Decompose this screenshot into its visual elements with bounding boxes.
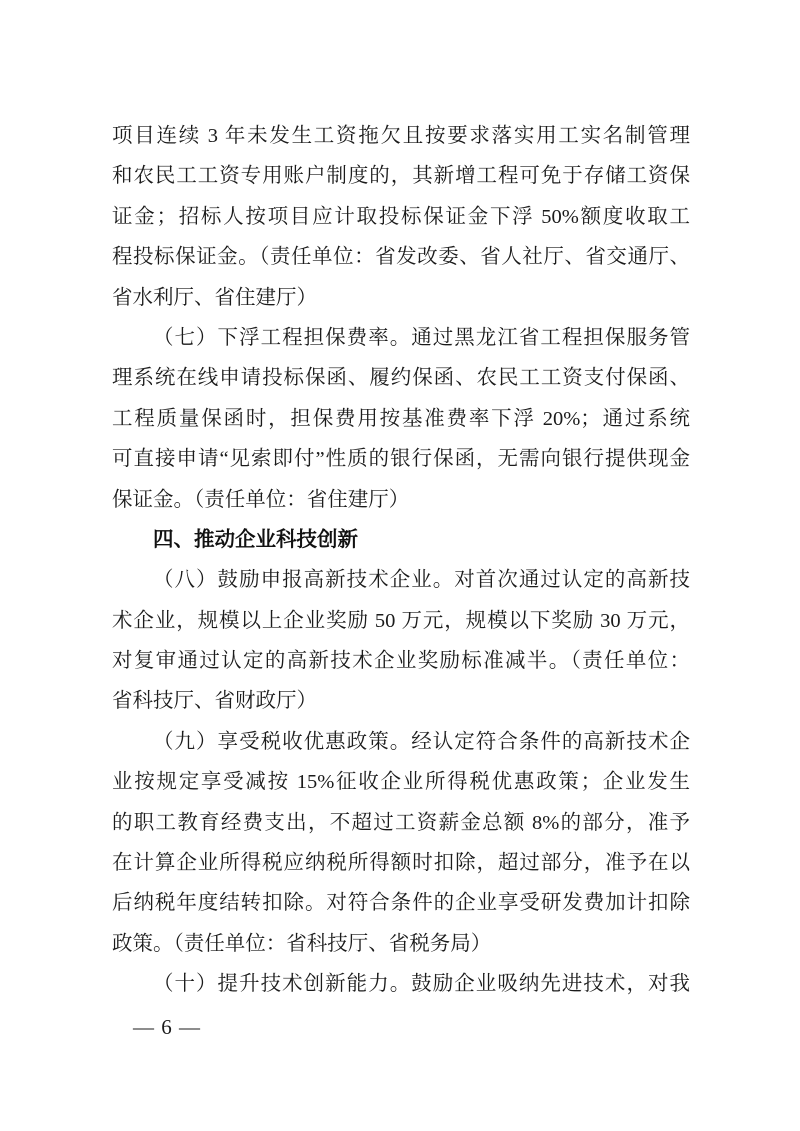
text-line: 程投标保证金。（责任单位：省发改委、省人社厅、省交通厅、 <box>112 237 690 277</box>
text-line: 后纳税年度结转扣除。对符合条件的企业享受研发费加计扣除 <box>112 883 690 923</box>
text-line: 的职工教育经费支出，不超过工资薪金总额 8%的部分，准予 <box>112 803 690 843</box>
document-page: 项目连续 3 年未发生工资拖欠且按要求落实用工实名制管理 和农民工工资专用账户制… <box>0 0 800 1131</box>
paragraph-continuation: 项目连续 3 年未发生工资拖欠且按要求落实用工实名制管理 和农民工工资专用账户制… <box>112 116 690 318</box>
text-line: 可直接申请“见索即付”性质的银行保函，无需向银行提供现金 <box>112 439 690 479</box>
text-line: 理系统在线申请投标保函、履约保函、农民工工资支付保函、 <box>112 358 690 398</box>
text-line: 工程质量保函时，担保费用按基准费率下浮 20%；通过系统 <box>112 399 690 439</box>
text-line: 和农民工工资专用账户制度的，其新增工程可免于存储工资保 <box>112 156 690 196</box>
paragraph-clause-8: （八）鼓励申报高新技术企业。对首次通过认定的高新技 术企业，规模以上企业奖励 5… <box>112 560 690 722</box>
text-line: 在计算企业所得税应纳税所得额时扣除，超过部分，准予在以 <box>112 843 690 883</box>
text-line: 对复审通过认定的高新技术企业奖励标准减半。（责任单位： <box>112 641 690 681</box>
text-line: （七）下浮工程担保费率。通过黑龙江省工程担保服务管 <box>112 318 690 358</box>
document-body: 项目连续 3 年未发生工资拖欠且按要求落实用工实名制管理 和农民工工资专用账户制… <box>112 116 690 1005</box>
text-line: 业按规定享受减按 15%征收企业所得税优惠政策；企业发生 <box>112 762 690 802</box>
section-heading: 四、推动企业科技创新 <box>112 520 690 560</box>
text-line: 项目连续 3 年未发生工资拖欠且按要求落实用工实名制管理 <box>112 116 690 156</box>
text-line: （八）鼓励申报高新技术企业。对首次通过认定的高新技 <box>112 560 690 600</box>
text-line: 省科技厅、省财政厅） <box>112 681 690 721</box>
text-line: 政策。（责任单位：省科技厅、省税务局） <box>112 924 690 964</box>
text-line: 省水利厅、省住建厅） <box>112 278 690 318</box>
paragraph-clause-7: （七）下浮工程担保费率。通过黑龙江省工程担保服务管 理系统在线申请投标保函、履约… <box>112 318 690 520</box>
paragraph-clause-10: （十）提升技术创新能力。鼓励企业吸纳先进技术，对我 <box>112 964 690 1004</box>
text-line: （九）享受税收优惠政策。经认定符合条件的高新技术企 <box>112 722 690 762</box>
text-line: 证金；招标人按项目应计取投标保证金下浮 50%额度收取工 <box>112 197 690 237</box>
text-line: （十）提升技术创新能力。鼓励企业吸纳先进技术，对我 <box>112 964 690 1004</box>
text-line: 保证金。（责任单位：省住建厅） <box>112 480 690 520</box>
text-line: 术企业，规模以上企业奖励 50 万元，规模以下奖励 30 万元， <box>112 601 690 641</box>
page-number: — 6 — <box>133 1012 201 1042</box>
paragraph-clause-9: （九）享受税收优惠政策。经认定符合条件的高新技术企 业按规定享受减按 15%征收… <box>112 722 690 964</box>
section-heading-block: 四、推动企业科技创新 <box>112 520 690 560</box>
